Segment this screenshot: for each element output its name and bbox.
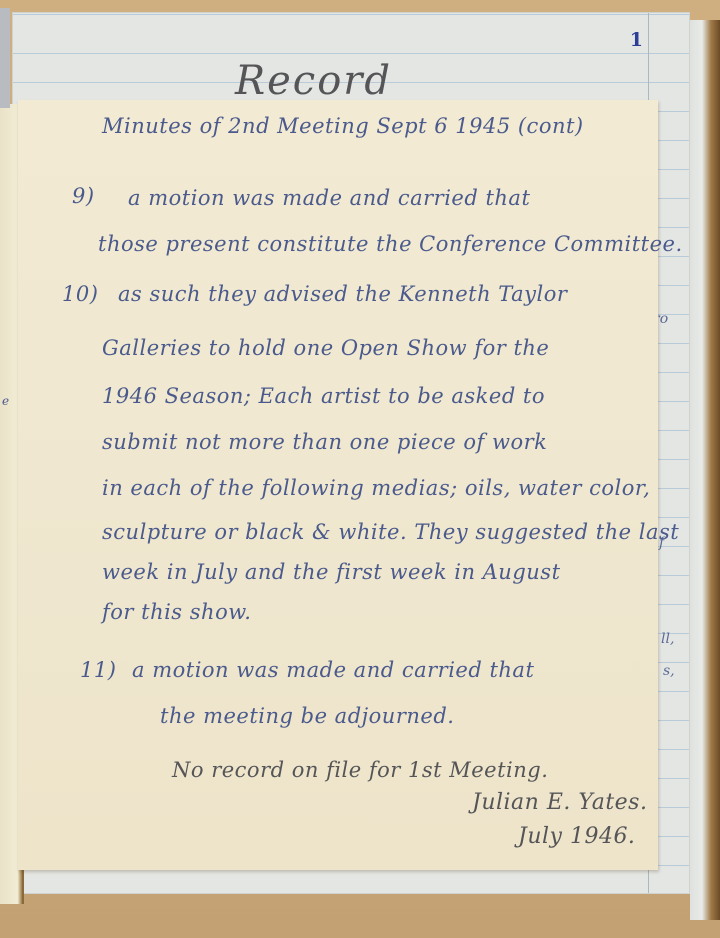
item-line: those present constitute the Conference … xyxy=(98,232,683,256)
signature: Julian E. Yates. xyxy=(472,790,647,815)
item-line: for this show. xyxy=(102,600,251,624)
item-line: 1946 Season; Each artist to be asked to xyxy=(102,384,545,408)
item-line: the meeting be adjourned. xyxy=(160,704,454,728)
book-edge-right xyxy=(690,20,720,920)
item-line: a motion was made and carried that xyxy=(128,186,530,210)
item-line: Galleries to hold one Open Show for the xyxy=(102,336,549,360)
pencil-note: No record on file for 1st Meeting. xyxy=(172,758,548,782)
item-line: week in July and the first week in Augus… xyxy=(102,560,561,584)
item-line: sculpture or black & white. They suggest… xyxy=(102,520,679,544)
item-line: submit not more than one piece of work xyxy=(102,430,547,454)
item-line: in each of the following medias; oils, w… xyxy=(102,476,650,500)
page-number: 1 xyxy=(630,29,643,51)
note-heading: Minutes of 2nd Meeting Sept 6 1945 (cont… xyxy=(102,114,584,138)
left-page-fragment: e xyxy=(2,394,9,408)
ledger-title: Record xyxy=(235,59,392,105)
signature-date: July 1946. xyxy=(518,824,635,849)
item-line: as such they advised the Kenneth Taylor xyxy=(118,282,567,306)
item-number: 9) xyxy=(72,184,95,208)
margin-fragment: ll, xyxy=(661,631,674,647)
left-page-tab xyxy=(0,8,10,108)
margin-fragment: s, xyxy=(663,663,675,679)
item-number: 11) xyxy=(80,658,116,682)
pasted-note: Minutes of 2nd Meeting Sept 6 1945 (cont… xyxy=(18,100,658,870)
item-number: 10) xyxy=(62,282,98,306)
item-line: a motion was made and carried that xyxy=(132,658,534,682)
